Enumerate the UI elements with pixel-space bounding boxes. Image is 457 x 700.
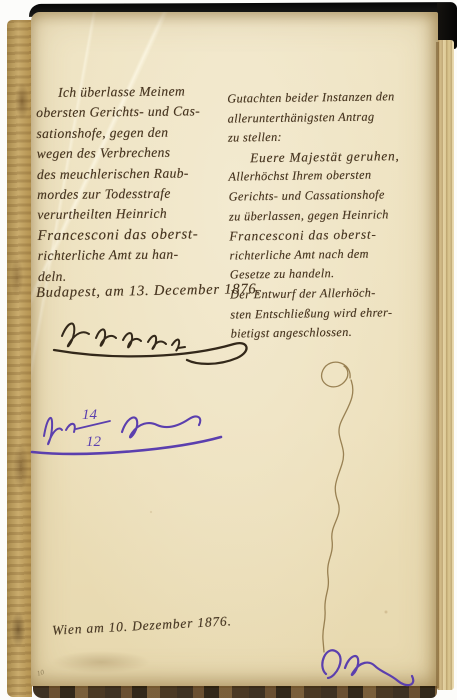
right-text-column: Gutachten beider Instanzen den allerunte… — [227, 86, 455, 344]
scanned-manuscript-page: Ich überlasse Meinem obersten Gerichts- … — [0, 0, 457, 700]
registry-note-denominator: 12 — [86, 434, 102, 450]
manuscript-line: verurtheilten Heinrich — [37, 203, 239, 226]
minister-signature-purple — [314, 636, 434, 690]
left-text-column: Ich überlasse Meinem obersten Gerichts- … — [36, 81, 240, 287]
manuscript-line: Francesconi das oberst- — [37, 224, 239, 247]
registry-note-purple: 14 12 — [28, 394, 228, 460]
book-spine-edge — [7, 20, 32, 697]
imperial-signature-flourish — [48, 306, 253, 372]
manuscript-line: wegen des Verbrechens — [37, 142, 239, 165]
closing-squiggle-flourish — [292, 352, 374, 668]
manuscript-line: bietigst angeschlossen. — [231, 322, 455, 345]
manuscript-line: sationshofe, gegen den — [36, 122, 238, 145]
manuscript-line: Ich überlasse Meinem — [36, 81, 238, 104]
manuscript-line: des meuchlerischen Raub- — [37, 163, 239, 186]
manuscript-line: obersten Gerichts- und Cas- — [36, 101, 238, 124]
manuscript-line: richterliche Amt zu han- — [38, 244, 240, 267]
manuscript-line: mordes zur Todesstrafe — [37, 183, 239, 206]
registry-note-numerator: 14 — [82, 407, 98, 423]
